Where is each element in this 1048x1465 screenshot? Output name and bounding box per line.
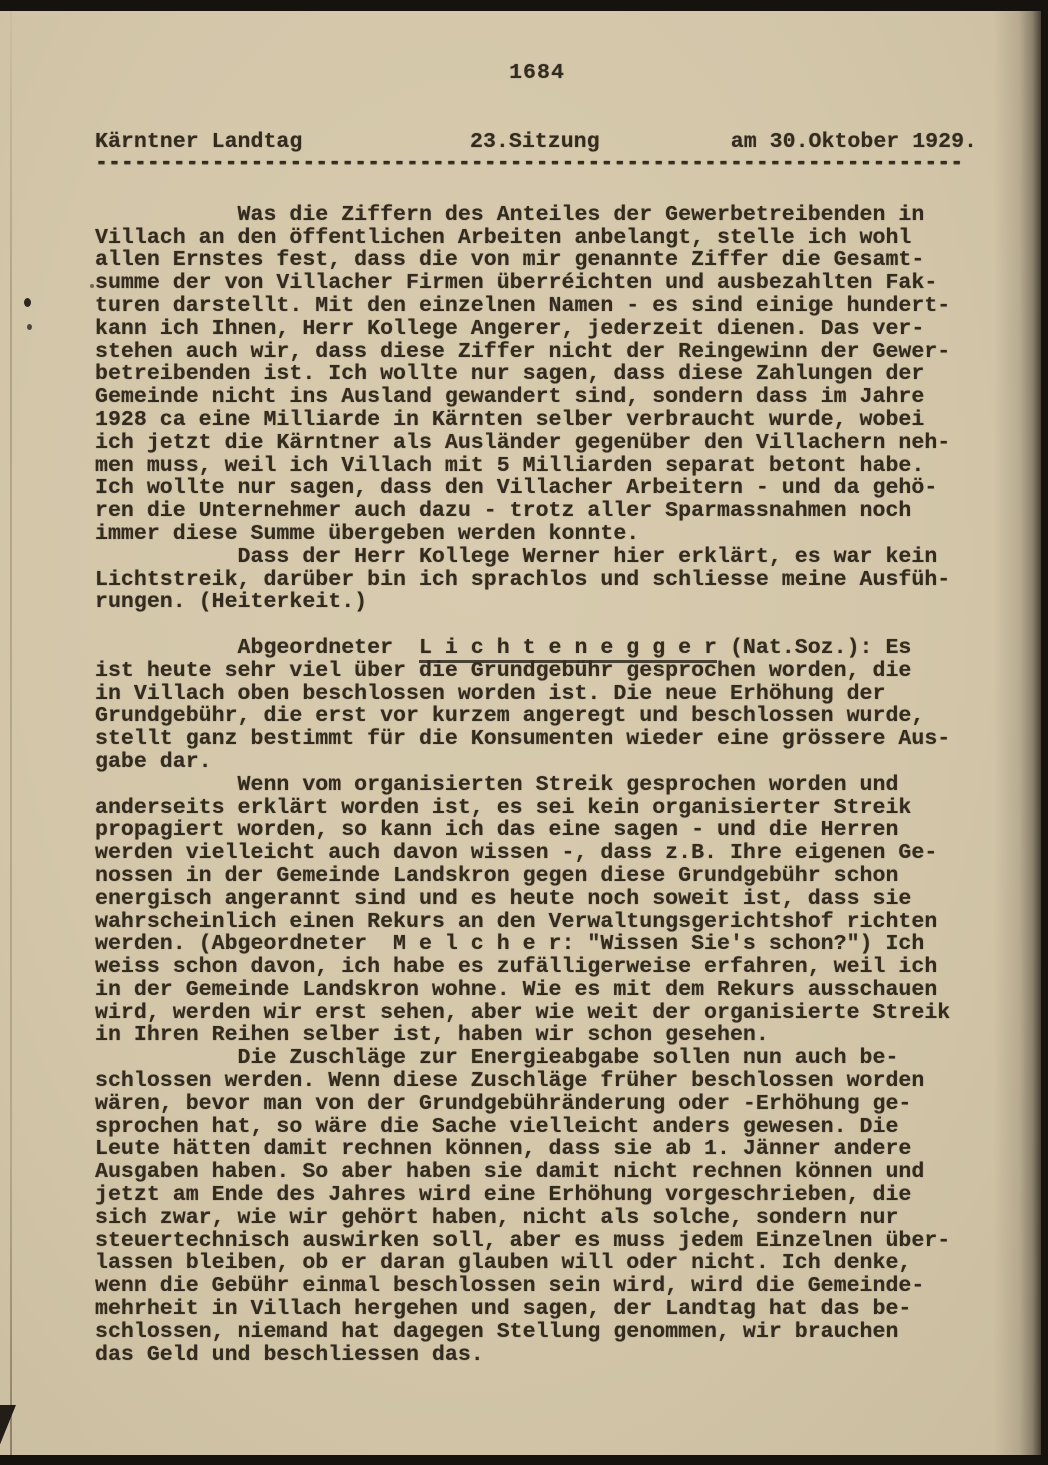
- text-line: stehen auch wir, dass diese Ziffer nicht…: [95, 341, 979, 364]
- text-line: schlossen, niemand hat dagegen Stellung …: [95, 1321, 979, 1344]
- header-parliament-name: Kärntner Landtag: [95, 131, 302, 154]
- text-line: 1928 ca eine Milliarde in Kärnten selber…: [95, 409, 979, 432]
- page-number: 1684: [95, 62, 979, 85]
- text-line: rungen. (Heiterkeit.): [95, 591, 979, 614]
- text-line: summe der von Villacher Firmen überréich…: [95, 272, 979, 295]
- ink-speck: [24, 298, 31, 307]
- ink-speck: [90, 284, 94, 288]
- text-line: werden vielleicht auch davon wissen -, d…: [95, 842, 979, 865]
- header-session-date: am 30.Oktober 1929.: [731, 131, 977, 154]
- text-line: schlossen werden. Wenn diese Zuschläge f…: [95, 1070, 979, 1093]
- paragraph: Was die Ziffern des Anteiles der Gewerbe…: [95, 204, 979, 546]
- text-line: allen Ernstes fest, dass die von mir gen…: [95, 249, 979, 272]
- text-line: Die Zuschläge zur Energieabgabe sollen n…: [95, 1047, 979, 1070]
- text-line: ist heute sehr viel über die Grundgebühr…: [95, 660, 979, 683]
- text-line: betreibenden ist. Ich wollte nur sagen, …: [95, 363, 979, 386]
- paragraph: Abgeordneter L i c h t e n e g g e r (Na…: [95, 637, 979, 774]
- text-line: gabe dar.: [95, 751, 979, 774]
- text-line: Gemeinde nicht ins Ausland gewandert sin…: [95, 386, 979, 409]
- text-line: mehrheit in Villach hergehen und sagen, …: [95, 1298, 979, 1321]
- text-segment: Abgeordneter: [95, 636, 419, 660]
- text-line: weiss schon davon, ich habe es zufällige…: [95, 956, 979, 979]
- header-dashed-rule: ----------------------------------------…: [95, 156, 979, 172]
- text-line: das Geld und beschliessen das.: [95, 1344, 979, 1367]
- text-line: kann ich Ihnen, Herr Kollege Angerer, je…: [95, 318, 979, 341]
- binding-shadow: [993, 11, 1041, 1455]
- text-line: Ausgaben haben. So aber haben sie damit …: [95, 1161, 979, 1184]
- page-corner-shadow: [0, 1405, 26, 1455]
- text-line: immer diese Summe übergeben werden konnt…: [95, 523, 979, 546]
- text-line: wahrscheinlich einen Rekurs an den Verwa…: [95, 911, 979, 934]
- ink-speck: [27, 324, 32, 330]
- text-line: Leute hätten damit rechnen können, dass …: [95, 1138, 979, 1161]
- text-line: sich zwar, wie wir gehört haben, nicht a…: [95, 1207, 979, 1230]
- paragraph: Wenn vom organisierten Streik gesprochen…: [95, 774, 979, 1048]
- text-line: Ich wollte nur sagen, dass den Villacher…: [95, 477, 979, 500]
- text-line: lassen bleiben, ob er daran glauben will…: [95, 1252, 979, 1275]
- text-line: Dass der Herr Kollege Werner hier erklär…: [95, 546, 979, 569]
- text-line: in der Gemeinde Landskron wohne. Wie es …: [95, 979, 979, 1002]
- text-line: ich jetzt die Kärntner als Ausländer geg…: [95, 432, 979, 455]
- text-line: nossen in der Gemeinde Landskron gegen d…: [95, 865, 979, 888]
- text-line: Lichtstreik, darüber bin ich sprachlos u…: [95, 569, 979, 592]
- text-line: Wenn vom organisierten Streik gesprochen…: [95, 774, 979, 797]
- text-line: Villach an den öffentlichen Arbeiten anb…: [95, 227, 979, 250]
- text-line: wären, bevor man von der Grundgebührände…: [95, 1093, 979, 1116]
- scanned-page: 1684 Kärntner Landtag 23.Sitzung am 30.O…: [0, 0, 1048, 1465]
- text-line: ren die Unternehmer auch dazu - trotz al…: [95, 500, 979, 523]
- text-line: in Ihren Reihen selber ist, haben wir sc…: [95, 1024, 979, 1047]
- text-line: wenn die Gebühr einmal beschlossen sein …: [95, 1275, 979, 1298]
- text-line: Was die Ziffern des Anteiles der Gewerbe…: [95, 204, 979, 227]
- text-line: propagiert worden, so kann ich das eine …: [95, 819, 979, 842]
- text-line: Abgeordneter L i c h t e n e g g e r (Na…: [95, 637, 979, 660]
- text-line: turen darstellt. Mit den einzelnen Namen…: [95, 295, 979, 318]
- left-fold-line: [10, 11, 12, 1455]
- text-line: Grundgebühr, die erst vor kurzem angereg…: [95, 705, 979, 728]
- text-line: jetzt am Ende des Jahres wird eine Erhöh…: [95, 1184, 979, 1207]
- paper: 1684 Kärntner Landtag 23.Sitzung am 30.O…: [0, 11, 1041, 1455]
- text-line: stellt ganz bestimmt für die Konsumenten…: [95, 728, 979, 751]
- paragraph: Dass der Herr Kollege Werner hier erklär…: [95, 546, 979, 614]
- text-line: wird, werden wir erst sehen, aber wie we…: [95, 1002, 979, 1025]
- paragraph: Die Zuschläge zur Energieabgabe sollen n…: [95, 1047, 979, 1366]
- text-segment: (Nat.Soz.): Es: [717, 636, 911, 660]
- text-line: steuertechnisch auswirken soll, aber es …: [95, 1230, 979, 1253]
- header-session-number: 23.Sitzung: [470, 131, 600, 154]
- text-line: sprochen hat, so wäre die Sache vielleic…: [95, 1116, 979, 1139]
- text-line: energisch angerannt sind und es heute no…: [95, 888, 979, 911]
- text-line: anderseits erklärt worden ist, es sei ke…: [95, 797, 979, 820]
- text-line: werden. (Abgeordneter M e l c h e r: "Wi…: [95, 933, 979, 956]
- session-header: Kärntner Landtag 23.Sitzung am 30.Oktobe…: [95, 131, 979, 154]
- text-line: men muss, weil ich Villach mit 5 Milliar…: [95, 455, 979, 478]
- speech-transcript: Was die Ziffern des Anteiles der Gewerbe…: [95, 204, 979, 1367]
- text-line: in Villach oben beschlossen worden ist. …: [95, 683, 979, 706]
